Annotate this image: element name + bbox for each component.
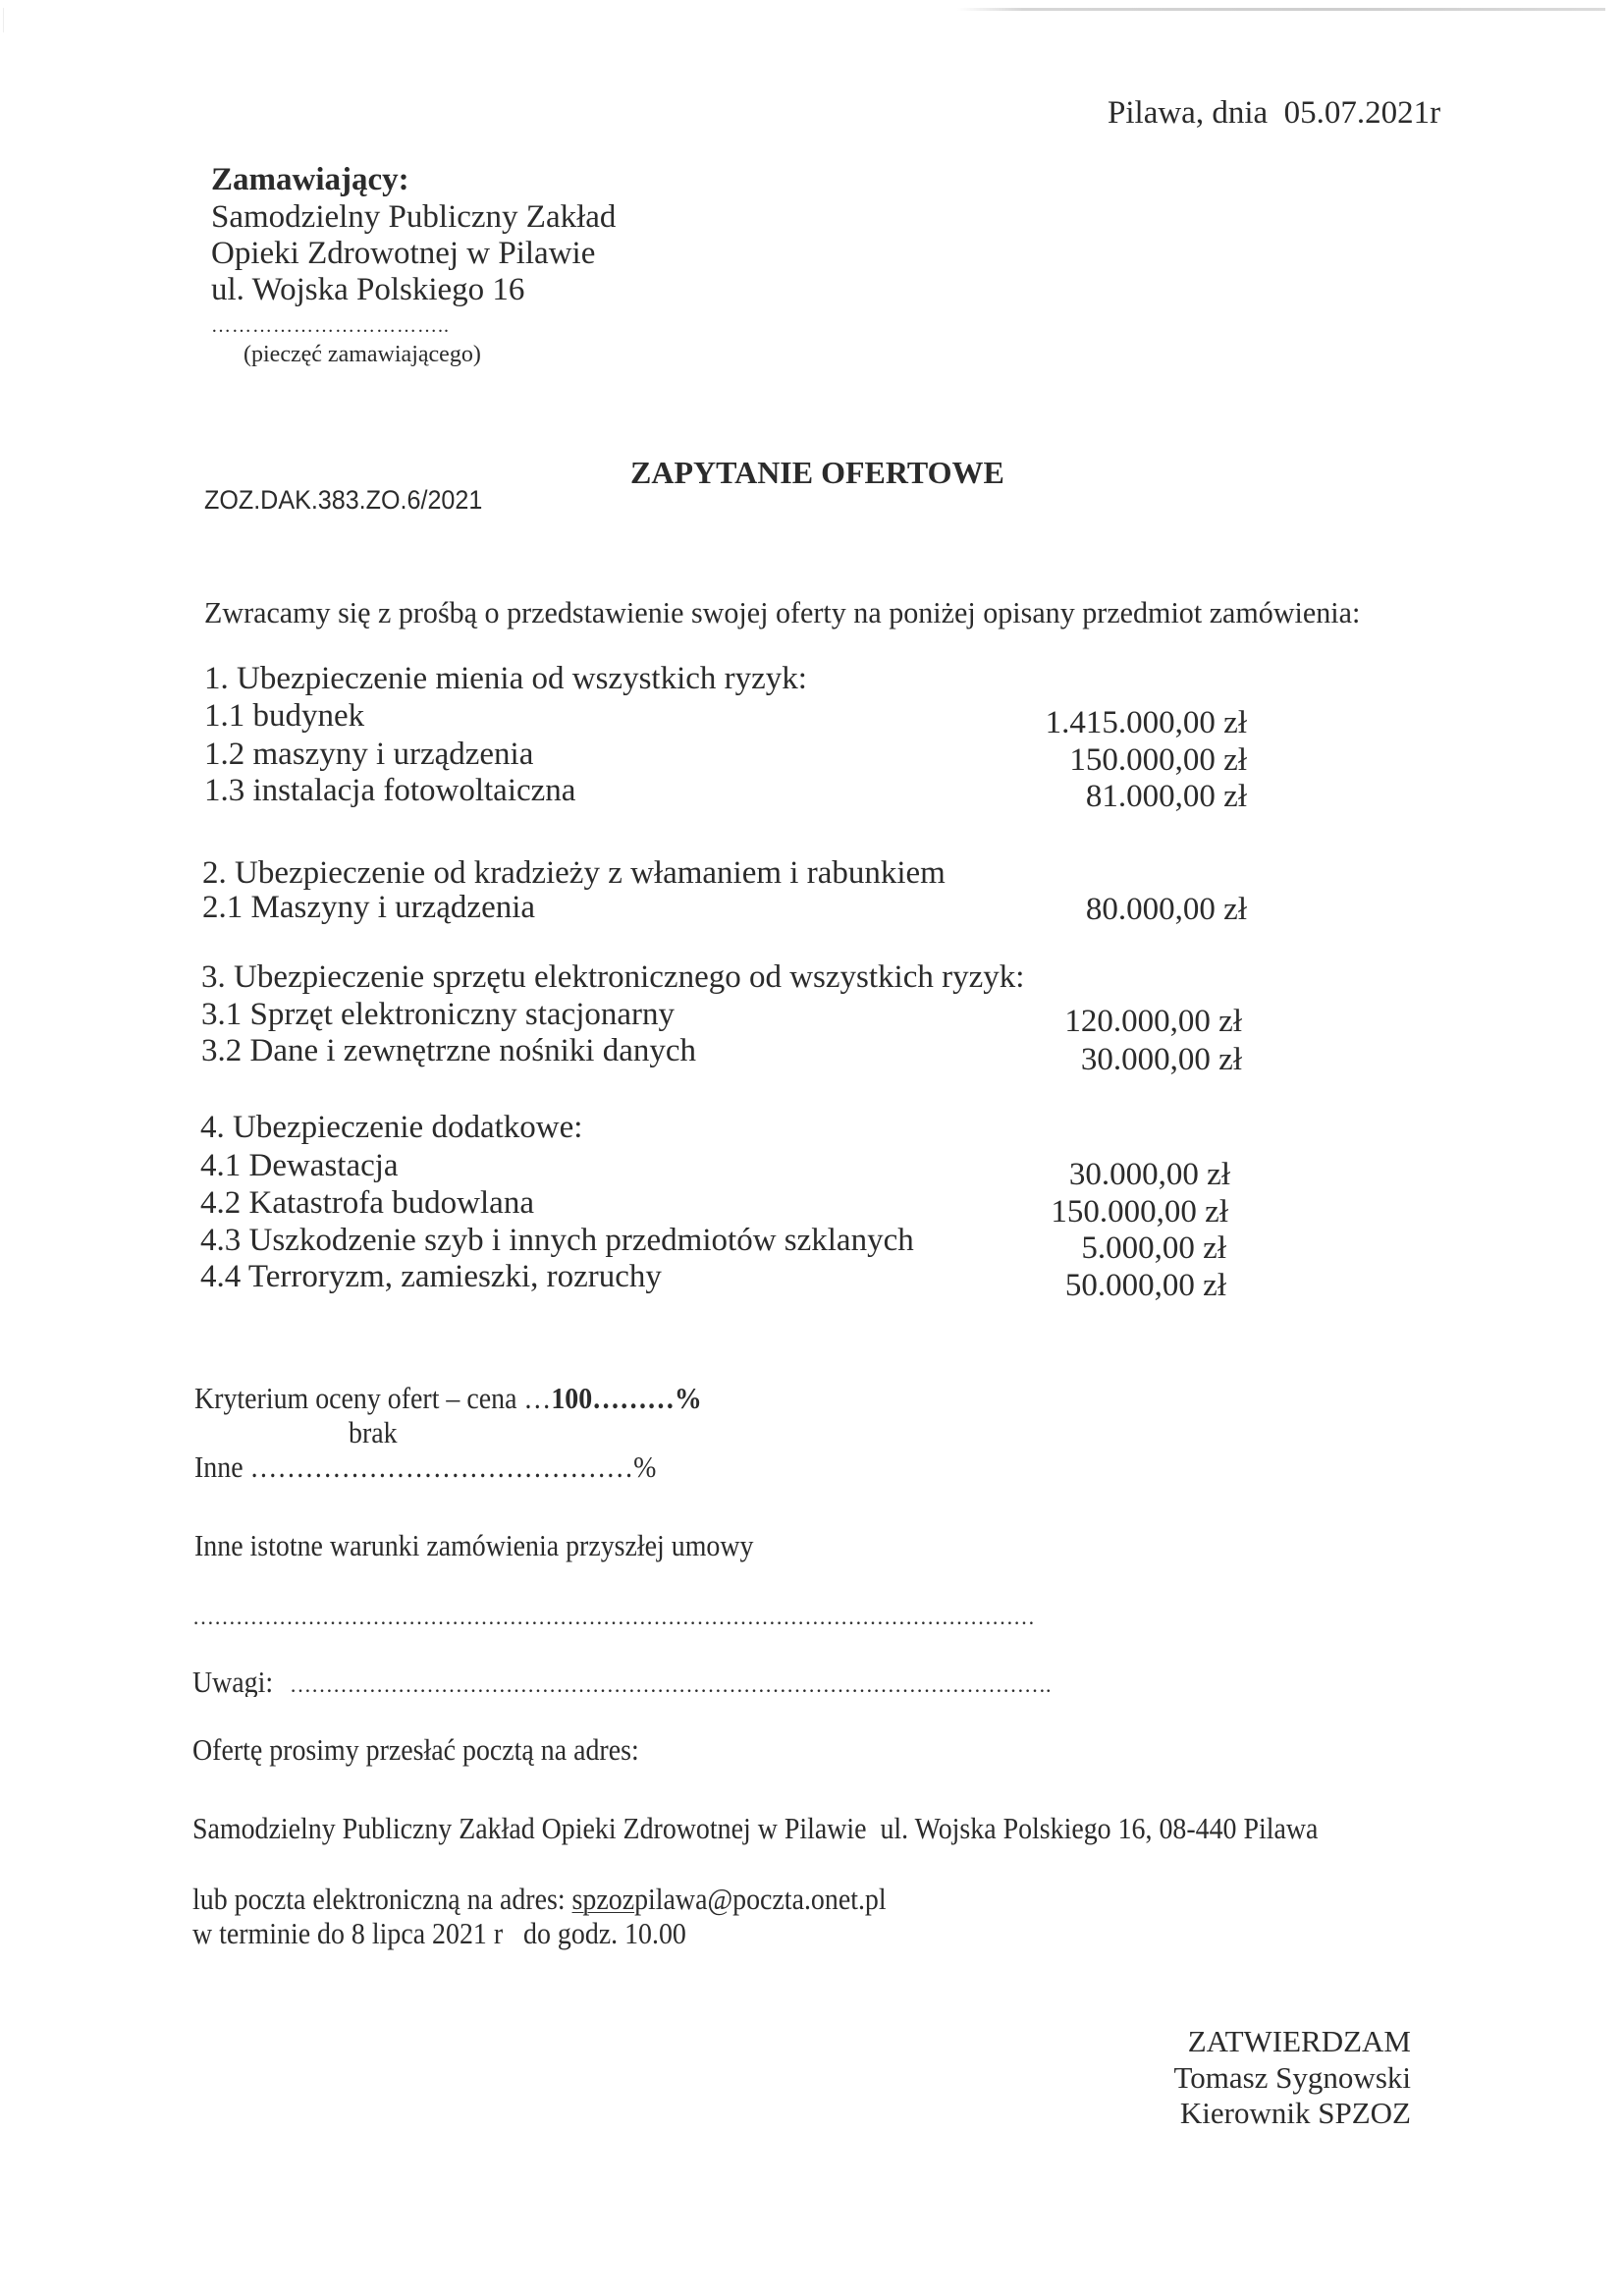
item-label: 4.2 Katastrofa budowlana <box>200 1187 534 1220</box>
deadline: w terminie do 8 lipca 2021 r do godz. 10… <box>192 1918 686 1948</box>
criteria-other-dots: ……………………………………% <box>250 1449 657 1484</box>
item-label: 1.3 instalacja fotowoltaiczna <box>204 775 575 807</box>
conditions-label: Inne istotne warunki zamówienia przyszłe… <box>194 1530 753 1560</box>
criteria-price: Kryterium oceny ofert – cena …100………% <box>194 1383 702 1413</box>
criteria-price-prefix: Kryterium oceny ofert – cena … <box>194 1381 551 1415</box>
send-instruction: Ofertę prosimy przesłać pocztą na adres: <box>192 1734 639 1765</box>
intro-text: Zwracamy się z prośbą o przedstawienie s… <box>204 597 1360 628</box>
signature-role: Kierownik SPZOZ <box>1180 2098 1411 2128</box>
item-label: 4.4 Terroryzm, zamieszki, rozruchy <box>200 1261 662 1293</box>
document-title: ZAPYTANIE OFERTOWE <box>630 457 1004 488</box>
orderer-label: Zamawiający: <box>211 164 409 196</box>
item-label: 1.1 budynek <box>204 700 364 733</box>
criteria-brak: brak <box>349 1417 398 1448</box>
signature-approve: ZATWIERDZAM <box>1188 2026 1411 2056</box>
document-page: Pilawa, dnia 05.07.2021r Zamawiający: Sa… <box>0 0 1623 2296</box>
item-amount: 5.000,00 zł <box>1081 1232 1226 1265</box>
remarks-dots: ……………………………………………………………………………………………. <box>290 1672 1052 1697</box>
item-amount: 81.000,00 zł <box>1086 781 1247 813</box>
email-prefix: lub poczta elektroniczną na adres: <box>192 1882 572 1916</box>
remarks-label: Uwagi: <box>192 1667 280 1697</box>
send-address: Samodzielny Publiczny Zakład Opieki Zdro… <box>192 1813 1318 1843</box>
stamp-caption: (pieczęć zamawiającego) <box>243 343 481 366</box>
item-amount: 150.000,00 zł <box>1069 744 1247 777</box>
scan-artifact-edge <box>3 8 4 32</box>
item-label: 2.1 Maszyny i urządzenia <box>202 892 535 924</box>
conditions-dots: ……………………………………………………………………………………………………… <box>192 1607 1422 1628</box>
item-amount: 150.000,00 zł <box>1051 1196 1228 1229</box>
scan-artifact-line <box>957 8 1605 11</box>
signature-name: Tomasz Sygnowski <box>1173 2062 1411 2093</box>
criteria-other-prefix: Inne <box>194 1449 250 1484</box>
item-amount: 1.415.000,00 zł <box>1046 707 1247 739</box>
item-label: 3.1 Sprzęt elektroniczny stacjonarny <box>201 999 675 1031</box>
stamp-dots: …………………………….. <box>211 316 450 336</box>
section-heading: 2. Ubezpieczenie od kradzieży z włamanie… <box>202 857 946 890</box>
place-date: Pilawa, dnia 05.07.2021r <box>1108 97 1440 130</box>
email-line: lub poczta elektroniczną na adres: spzoz… <box>192 1884 887 1914</box>
item-label: 3.2 Dane i zewnętrzne nośniki danych <box>201 1035 696 1067</box>
remarks-line: Uwagi: ………………………………………………………………………………………… <box>192 1667 1422 1697</box>
item-label: 4.3 Uszkodzenie szyb i innych przedmiotó… <box>200 1225 914 1257</box>
item-amount: 50.000,00 zł <box>1065 1270 1226 1302</box>
orderer-line: ul. Wojska Polskiego 16 <box>211 274 524 306</box>
item-amount: 80.000,00 zł <box>1086 894 1247 926</box>
criteria-price-value: 100 <box>551 1381 592 1415</box>
item-amount: 30.000,00 zł <box>1069 1159 1230 1191</box>
criteria-price-suffix: ………% <box>592 1381 702 1415</box>
section-heading: 1. Ubezpieczenie mienia od wszystkich ry… <box>204 663 807 695</box>
orderer-line: Samodzielny Publiczny Zakład <box>211 201 616 234</box>
orderer-line: Opieki Zdrowotnej w Pilawie <box>211 238 595 270</box>
criteria-other: Inne ……………………………………% <box>194 1451 656 1482</box>
reference-number: ZOZ.DAK.383.ZO.6/2021 <box>204 487 482 514</box>
item-amount: 30.000,00 zł <box>1081 1044 1242 1076</box>
section-heading: 4. Ubezpieczenie dodatkowe: <box>200 1112 582 1144</box>
email-link-underlined[interactable]: spzoz <box>572 1882 635 1916</box>
item-amount: 120.000,00 zł <box>1064 1006 1242 1038</box>
item-label: 1.2 maszyny i urządzenia <box>204 738 533 771</box>
email-link-rest[interactable]: pilawa@poczta.onet.pl <box>634 1882 887 1916</box>
item-label: 4.1 Dewastacja <box>200 1150 399 1182</box>
section-heading: 3. Ubezpieczenie sprzętu elektronicznego… <box>201 961 1024 994</box>
